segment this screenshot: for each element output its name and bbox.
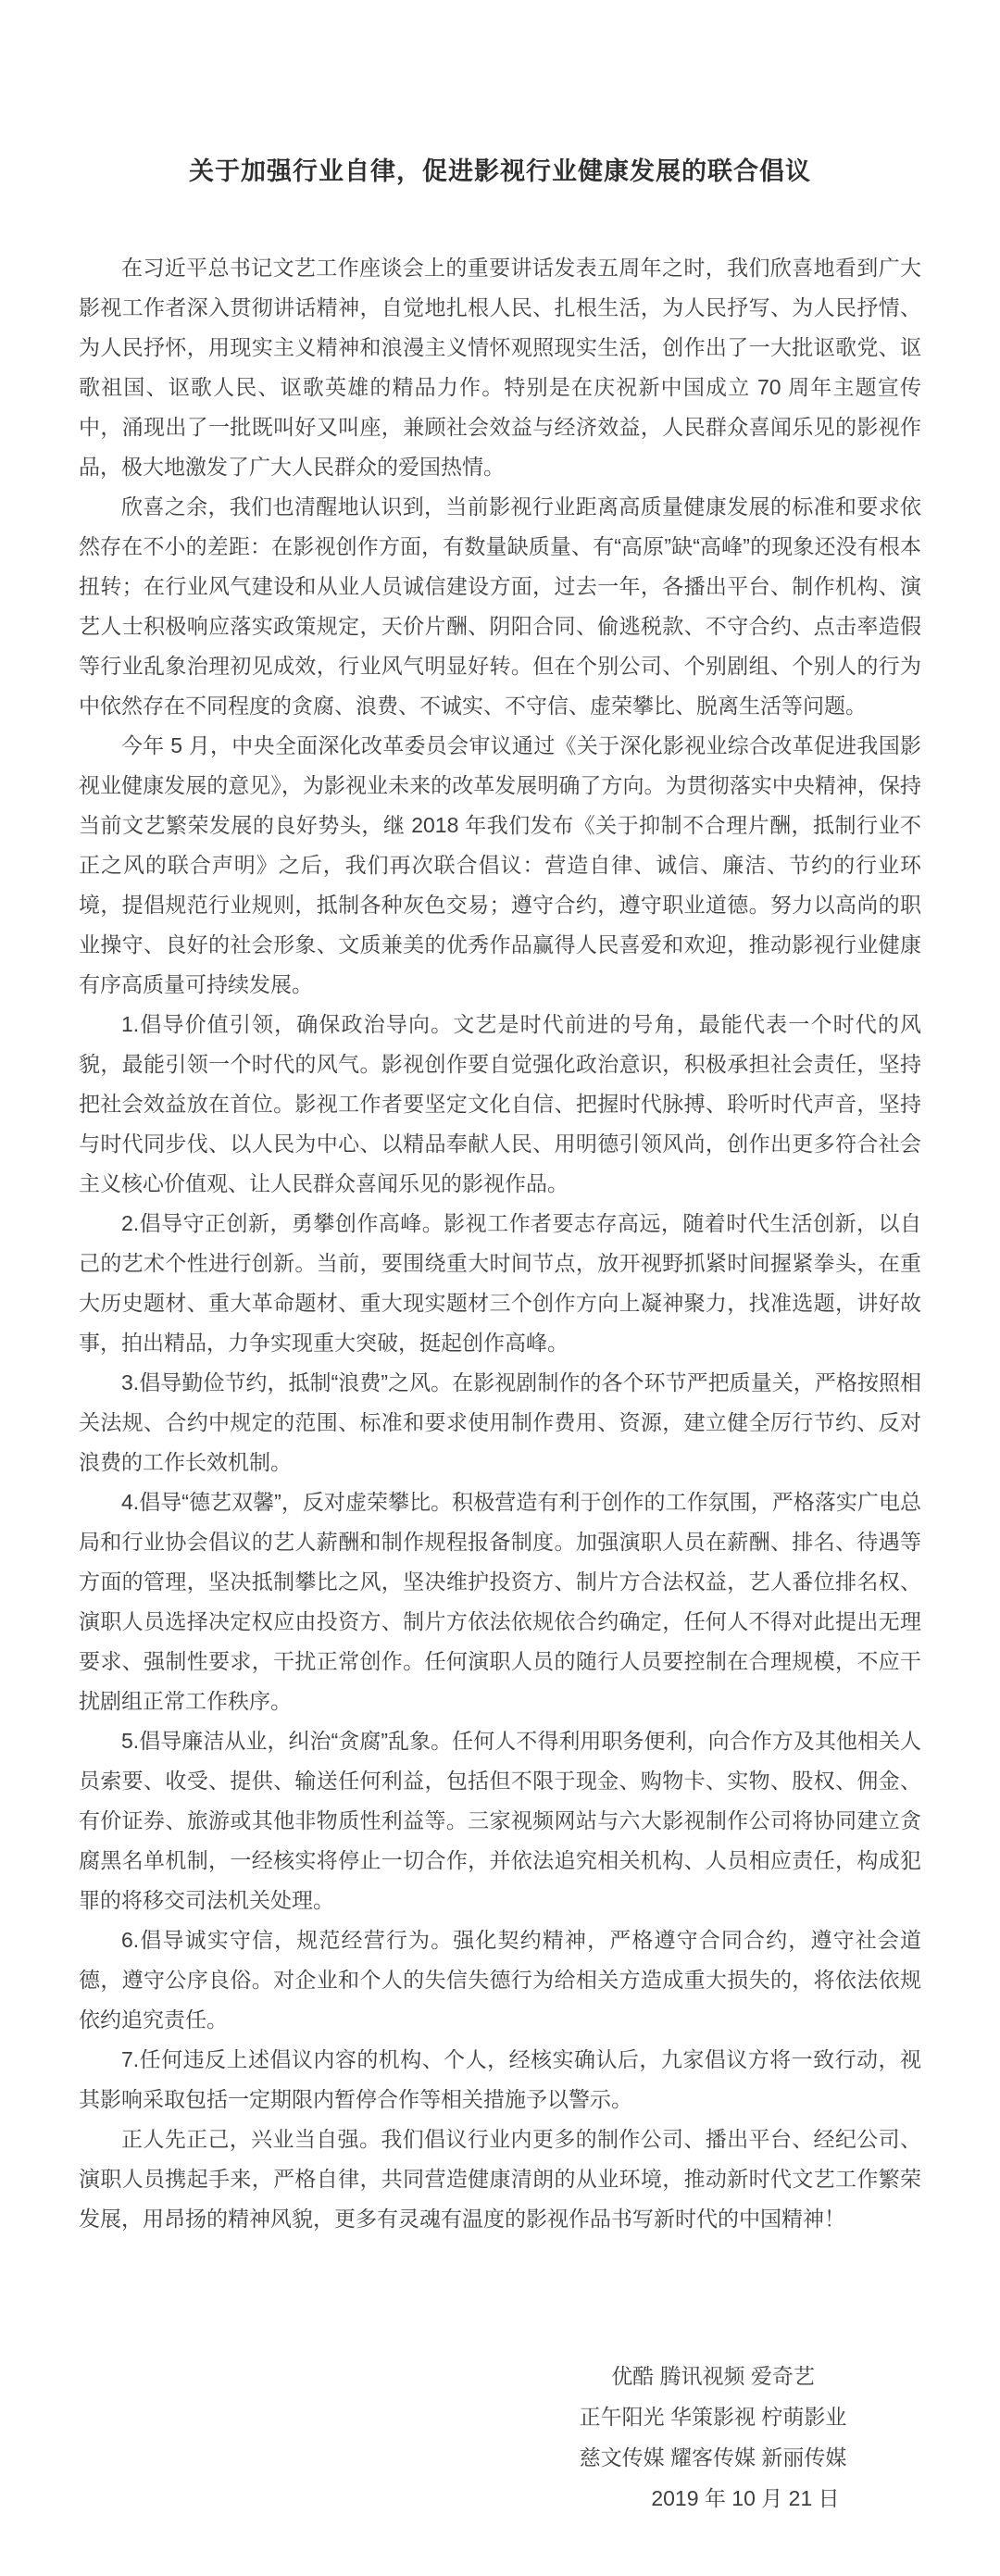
document-title: 关于加强行业自律，促进影视行业健康发展的联合倡议 — [79, 151, 921, 187]
initiative-6-honesty: 6.倡导诚实守信，规范经营行为。强化契约精神，严格遵守合同合约，遵守社会道德，遵… — [79, 1920, 921, 2040]
initiative-2-innovation: 2.倡导守正创新，勇攀创作高峰。影视工作者要志存高远，随着时代生活创新，以自己的… — [79, 1204, 921, 1363]
paragraph-opening: 在习近平总书记文艺工作座谈会上的重要讲话发表五周年之时，我们欣喜地看到广大影视工… — [79, 248, 921, 487]
initiative-7-enforcement: 7.任何违反上述倡议内容的机构、个人，经核实确认后，九家倡议方将一致行动，视其影… — [79, 2040, 921, 2120]
signatories-line-platforms: 优酷 腾讯视频 爱奇艺 — [509, 2356, 917, 2396]
initiative-1-value-guidance: 1.倡导价值引领，确保政治导向。文艺是时代前进的号角，最能代表一个时代的风貌，最… — [79, 1005, 921, 1204]
initiative-5-integrity: 5.倡导廉洁从业，纠治“贪腐”乱象。任何人不得利用职务便利，向合作方及其他相关人… — [79, 1721, 921, 1920]
signature-date: 2019 年 10 月 21 日 — [574, 2478, 917, 2519]
signatories-line-studios-2: 慈文传媒 耀客传媒 新丽传媒 — [509, 2437, 917, 2478]
paragraph-problems: 欣喜之余，我们也清醒地认识到，当前影视行业距离高质量健康发展的标准和要求依然存在… — [79, 487, 921, 726]
signatories-line-studios-1: 正午阳光 华策影视 柠萌影业 — [509, 2396, 917, 2437]
paragraph-closing: 正人先正己，兴业当自强。我们倡议行业内更多的制作公司、播出平台、经纪公司、演职人… — [79, 2120, 921, 2239]
initiative-3-thrift: 3.倡导勤俭节约，抵制“浪费”之风。在影视剧制作的各个环节严把质量关，严格按照相… — [79, 1363, 921, 1482]
initiative-4-virtue-and-art: 4.倡导“德艺双馨”，反对虚荣攀比。积极营造有利于创作的工作氛围，严格落实广电总… — [79, 1482, 921, 1721]
signature-block: 优酷 腾讯视频 爱奇艺 正午阳光 华策影视 柠萌影业 慈文传媒 耀客传媒 新丽传… — [509, 2356, 917, 2519]
paragraph-background: 今年 5 月，中央全面深化改革委员会审议通过《关于深化影视业综合改革促进我国影视… — [79, 726, 921, 1005]
document-body: 在习近平总书记文艺工作座谈会上的重要讲话发表五周年之时，我们欣喜地看到广大影视工… — [79, 248, 921, 2239]
document-page: 关于加强行业自律，促进影视行业健康发展的联合倡议 在习近平总书记文艺工作座谈会上… — [0, 0, 1000, 2576]
